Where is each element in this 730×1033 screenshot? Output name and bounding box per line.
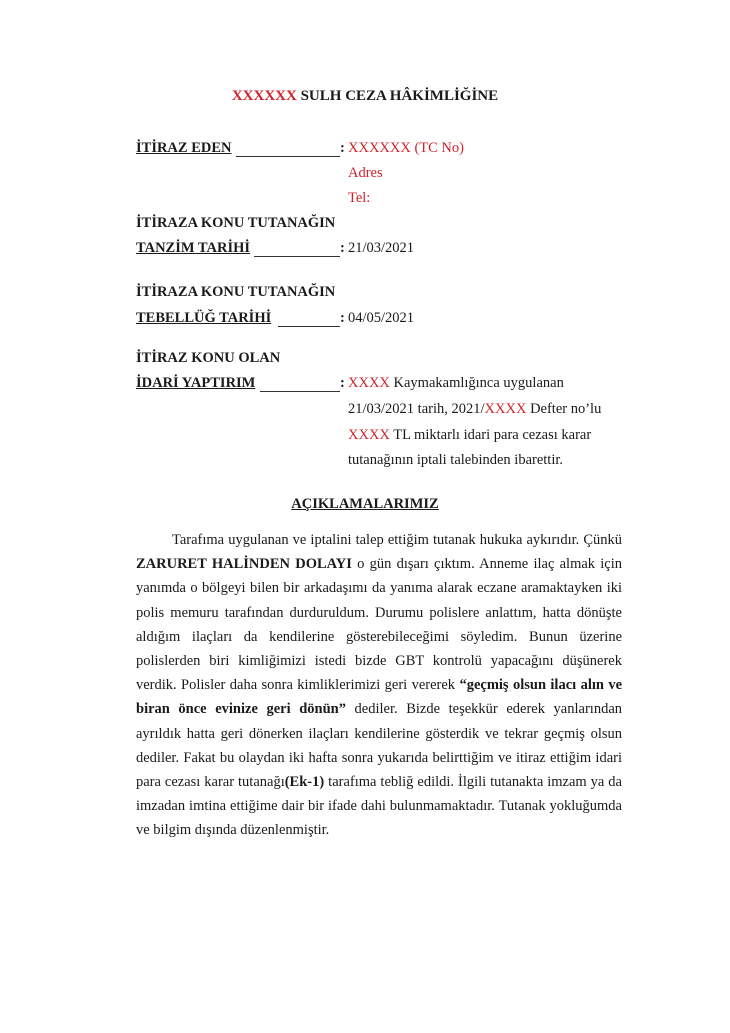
itiraz-eden-value: XXXXXX (TC No): [348, 140, 464, 157]
text: o gün dışarı çıktım. Anneme ilaç almak i…: [136, 556, 622, 693]
label-underline: [254, 256, 340, 257]
itiraz-eden-label: İTİRAZ EDEN: [136, 140, 231, 157]
text: Tarafıma uygulanan ve iptalini talep ett…: [172, 532, 622, 548]
tanzim-label-line2: TANZİM TARİHİ: [136, 240, 250, 257]
placeholder: XXXX: [485, 401, 527, 417]
document-title: XXXXXX SULH CEZA HÂKİMLİĞİNE: [0, 88, 730, 105]
tebellug-label-line1: İTİRAZA KONU TUTANAĞIN: [136, 284, 335, 301]
explanation-paragraph: Tarafıma uygulanan ve iptalini talep ett…: [136, 528, 622, 843]
colon: :: [340, 375, 345, 392]
colon: :: [340, 310, 345, 327]
text: Defter no’lu: [526, 401, 601, 417]
text: Kaymakamlığınca uygulanan: [390, 375, 564, 391]
yaptirim-label-line2: İDARİ YAPTIRIM: [136, 375, 255, 392]
itiraz-eden-phone: Tel:: [348, 190, 370, 207]
placeholder: XXXX: [348, 427, 390, 443]
label-underline: [260, 391, 340, 392]
text: 21/03/2021 tarih, 2021/: [348, 401, 485, 417]
yaptirim-label-line1: İTİRAZ KONU OLAN: [136, 350, 280, 367]
yaptirim-line3: XXXX TL miktarlı idari para cezası karar: [348, 427, 591, 444]
label-underline: [278, 326, 340, 327]
tebellug-value: 04/05/2021: [348, 310, 414, 327]
label-underline: [236, 156, 340, 157]
court-placeholder: XXXXXX: [232, 88, 297, 104]
itiraz-eden-address: Adres: [348, 165, 383, 182]
yaptirim-line1: XXXX Kaymakamlığınca uygulanan: [348, 375, 564, 392]
attachment-ref: (Ek-1): [285, 774, 324, 790]
court-title: SULH CEZA HÂKİMLİĞİNE: [297, 88, 498, 104]
colon: :: [340, 140, 345, 157]
tebellug-label-line2: TEBELLÜĞ TARİHİ: [136, 310, 271, 327]
colon: :: [340, 240, 345, 257]
tanzim-label-line1: İTİRAZA KONU TUTANAĞIN: [136, 215, 335, 232]
text: TL miktarlı idari para cezası karar: [390, 427, 591, 443]
emphasis: ZARURET HALİNDEN DOLAYI: [136, 556, 352, 572]
tanzim-value: 21/03/2021: [348, 240, 414, 257]
section-heading: AÇIKLAMALARIMIZ: [0, 496, 730, 513]
yaptirim-line2: 21/03/2021 tarih, 2021/XXXX Defter no’lu: [348, 401, 601, 418]
placeholder: XXXX: [348, 375, 390, 391]
yaptirim-line4: tutanağının iptali talebinden ibarettir.: [348, 452, 563, 469]
